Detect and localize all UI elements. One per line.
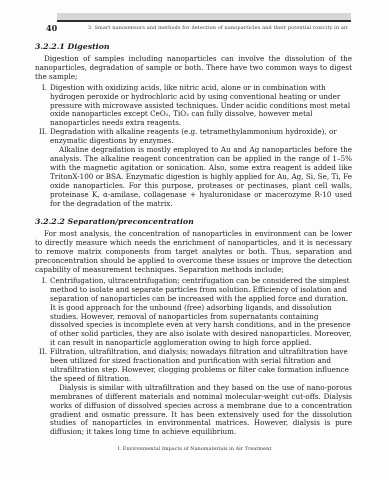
list-item: I. Digestion with oxidizing acids, like … bbox=[35, 84, 352, 129]
list-item-text: Centrifugation, ultracentrifugation; cen… bbox=[50, 277, 352, 348]
list-item-text: Digestion with oxidizing acids, like nit… bbox=[50, 84, 352, 129]
page-number: 40 bbox=[46, 23, 57, 33]
list-item-subparagraph: Alkaline degradation is mostly employed … bbox=[50, 146, 352, 208]
digestion-intro-paragraph: Digestion of samples including nanoparti… bbox=[35, 55, 352, 82]
page-content: 3.2.2.1 Digestion Digestion of samples i… bbox=[35, 42, 352, 437]
separation-intro-paragraph: For most analysis, the concentration of … bbox=[35, 230, 352, 275]
list-item-subparagraph: Dialysis is similar with ultrafiltration… bbox=[50, 384, 352, 437]
list-item-text: Filtration, ultrafiltration, and dialysi… bbox=[50, 348, 352, 384]
list-item-body: Digestion with oxidizing acids, like nit… bbox=[50, 84, 352, 129]
list-item: II. Degradation with alkaline reagents (… bbox=[35, 128, 352, 208]
digestion-list: I. Digestion with oxidizing acids, like … bbox=[35, 84, 352, 209]
page-footer: I. Environmental Impacts of Nanomaterial… bbox=[0, 446, 389, 452]
book-page: 40 3. Smart nanosensors and methods for … bbox=[0, 0, 389, 480]
list-item-text: Degradation with alkaline reagents (e.g.… bbox=[50, 128, 352, 146]
list-marker: II. bbox=[35, 348, 50, 437]
list-marker: II. bbox=[35, 128, 50, 208]
list-item-body: Degradation with alkaline reagents (e.g.… bbox=[50, 128, 352, 208]
header-rule bbox=[57, 13, 351, 22]
list-item-body: Filtration, ultrafiltration, and dialysi… bbox=[50, 348, 352, 437]
list-marker: I. bbox=[35, 84, 50, 129]
list-item-body: Centrifugation, ultracentrifugation; cen… bbox=[50, 277, 352, 348]
running-header: 3. Smart nanosensors and methods for det… bbox=[84, 25, 352, 31]
section-heading-digestion: 3.2.2.1 Digestion bbox=[35, 42, 352, 52]
separation-list: I. Centrifugation, ultracentrifugation; … bbox=[35, 277, 352, 437]
section-heading-separation: 3.2.2.2 Separation/preconcentration bbox=[35, 217, 352, 227]
list-item: II. Filtration, ultrafiltration, and dia… bbox=[35, 348, 352, 437]
list-item: I. Centrifugation, ultracentrifugation; … bbox=[35, 277, 352, 348]
list-marker: I. bbox=[35, 277, 50, 348]
